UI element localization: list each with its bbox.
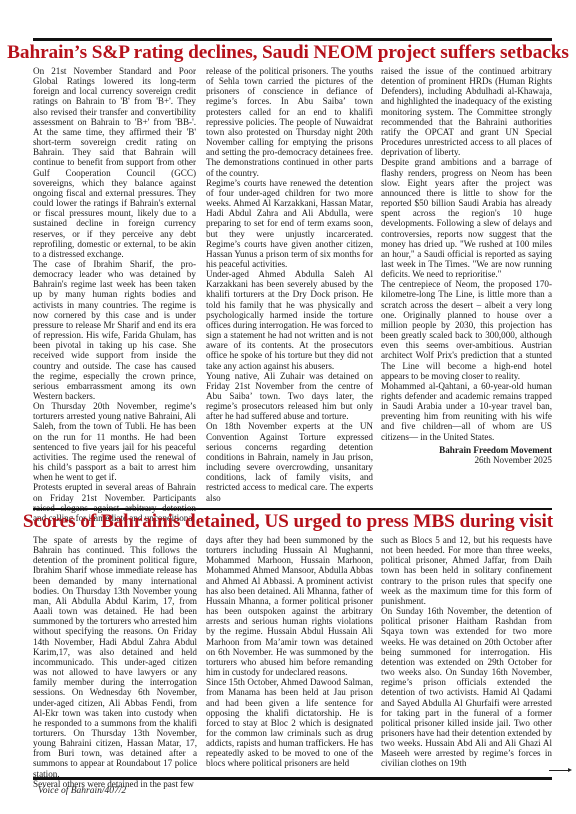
paragraph: The case of Ibrahim Sharif, the pro-demo… <box>33 259 196 401</box>
article1-headline: Bahrain’s S&P rating declines, Saudi NEO… <box>0 42 576 64</box>
paragraph: Regime’s courts have renewed the detenti… <box>206 178 373 269</box>
paragraph: such as Blocs 5 and 12, but his requests… <box>381 535 552 606</box>
paragraph: Since 15th October, Ahmed Dawood Salman,… <box>206 677 373 768</box>
paragraph: On 18th November experts at the UN Conve… <box>206 421 373 502</box>
top-rule <box>33 38 552 41</box>
article2-column-3: such as Blocs 5 and 12, but his requests… <box>381 535 552 789</box>
page-footer: Voice of Bahrain/407/2 <box>38 786 126 796</box>
article1-body: On 21st November Standard and Poor Globa… <box>33 66 552 523</box>
paragraph: days after they had been summoned by the… <box>206 535 373 677</box>
paragraph: The centrepiece of Neom, the proposed 17… <box>381 279 552 381</box>
section-rule <box>33 508 552 510</box>
article2-body: The spate of arrests by the regime of Ba… <box>33 535 552 789</box>
paragraph: release of the political prisoners. The … <box>206 66 373 178</box>
paragraph: Under-aged Ahmed Abdulla Saleh Al Karzak… <box>206 269 373 371</box>
paragraph: raised the issue of the continued arbitr… <box>381 66 552 157</box>
paragraph: Mohammed al-Qahtani, a 60-year-old human… <box>381 381 552 442</box>
paragraph: Young native, Ali Zuhair was detained on… <box>206 371 373 422</box>
signature-date: 26th November 2025 <box>381 455 552 465</box>
paragraph: The spate of arrests by the regime of Ba… <box>33 535 197 779</box>
paragraph: Despite grand ambitions and a barrage of… <box>381 157 552 279</box>
continued-arrow-icon <box>549 770 569 771</box>
paragraph: On Sunday 16th November, the detention o… <box>381 606 552 769</box>
bottom-rule <box>33 777 552 780</box>
paragraph: On Thursday 20th November, regime’s tort… <box>33 401 196 482</box>
article2-headline: Scores of Bahrainis detained, US urged t… <box>0 511 576 533</box>
article2-column-2: days after they had been summoned by the… <box>206 535 373 789</box>
article1-column-3: raised the issue of the continued arbitr… <box>381 66 552 523</box>
paragraph: On 21st November Standard and Poor Globa… <box>33 66 196 259</box>
article2-column-1: The spate of arrests by the regime of Ba… <box>33 535 197 789</box>
signature-organization: Bahrain Freedom Movement <box>381 445 552 455</box>
article1-column-2: release of the political prisoners. The … <box>206 66 373 523</box>
article1-column-1: On 21st November Standard and Poor Globa… <box>33 66 196 523</box>
